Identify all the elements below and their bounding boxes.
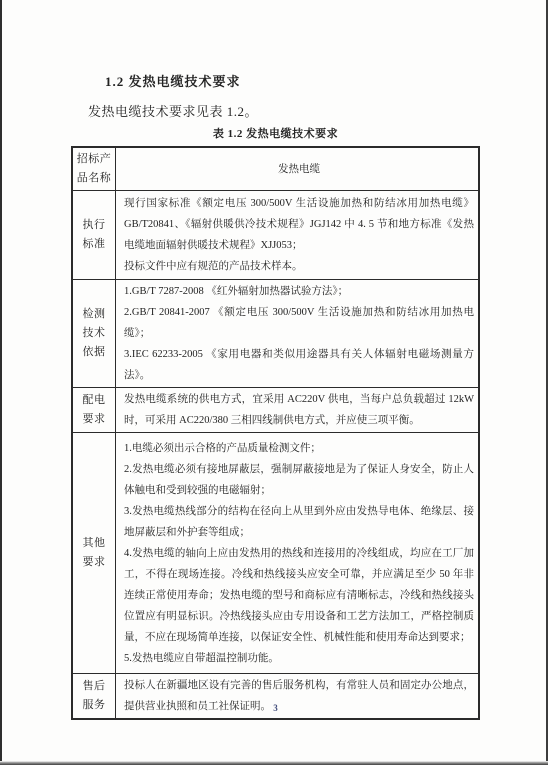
content-paragraph: 3.发热电缆热线部分的结构在径向上从里到外应由发热导电体、绝缘层、接地屏蔽层和外… bbox=[124, 501, 474, 543]
scan-edge-bottom bbox=[0, 761, 548, 765]
label-line: 要求 bbox=[83, 410, 106, 429]
section-heading: 1.2 发热电缆技术要求 bbox=[105, 71, 241, 90]
row-label: 检测 技术 依据 bbox=[73, 280, 116, 387]
table-row: 配电 要求 发热电缆系统的供电方式，宜采用 AC220V 供电，当每户总负载超过… bbox=[73, 387, 478, 432]
label-line: 标准 bbox=[83, 235, 106, 254]
table-row: 其他 要求 1.电缆必须出示合格的产品质量检测文件； 2.发热电缆必须有接地屏蔽… bbox=[73, 432, 478, 673]
content-paragraph: 发热电缆 bbox=[124, 159, 474, 180]
content-paragraph: 2.GB/T 20841-2007 《额定电压 300/500V 生活设施加热和… bbox=[124, 302, 474, 344]
content-paragraph: 1.GB/T 7287-2008 《红外辐射加热器试验方法》； bbox=[124, 281, 474, 302]
content-paragraph: 4.发热电缆的轴向上应由发热用的热线和连接用的冷线组成，均应在工厂加工，不得在现… bbox=[124, 543, 474, 648]
row-content: 1.电缆必须出示合格的产品质量检测文件； 2.发热电缆必须有接地屏蔽层，强制屏蔽… bbox=[116, 433, 478, 673]
label-line: 执行 bbox=[83, 216, 106, 235]
row-content: 发热电缆系统的供电方式，宜采用 AC220V 供电，当每户总负载超过 12kW … bbox=[116, 388, 478, 432]
page-number: 3 bbox=[71, 703, 480, 713]
content-paragraph: 2.发热电缆必须有接地屏蔽层，强制屏蔽接地是为了保证人身安全，防止人体触电和受到… bbox=[124, 459, 474, 501]
table-row: 检测 技术 依据 1.GB/T 7287-2008 《红外辐射加热器试验方法》；… bbox=[73, 279, 478, 387]
row-label: 配电 要求 bbox=[73, 388, 116, 432]
row-label: 执行 标准 bbox=[73, 191, 116, 279]
label-line: 技术 bbox=[83, 324, 106, 343]
content-paragraph: 发热电缆系统的供电方式，宜采用 AC220V 供电，当每户总负载超过 12kW … bbox=[124, 389, 474, 431]
document-page: 1.2 发热电缆技术要求 发热电缆技术要求见表 1.2。 表 1.2 发热电缆技… bbox=[0, 0, 548, 765]
content-paragraph: 1.电缆必须出示合格的产品质量检测文件； bbox=[124, 438, 474, 459]
scan-edge-left bbox=[0, 0, 2, 765]
content-paragraph: 5.发热电缆应自带超温控制功能。 bbox=[124, 648, 474, 669]
content-paragraph: 3.IEC 62233-2005 《家用电器和类似用途器具有关人体辐射电磁场测量… bbox=[124, 344, 474, 386]
table-row: 执行 标准 现行国家标准《额定电压 300/500V 生活设施加热和防结冰用加热… bbox=[73, 190, 478, 279]
row-content: 1.GB/T 7287-2008 《红外辐射加热器试验方法》； 2.GB/T 2… bbox=[116, 280, 478, 387]
intro-paragraph: 发热电缆技术要求见表 1.2。 bbox=[88, 101, 258, 120]
table-row: 招标产 品名称 发热电缆 bbox=[73, 148, 478, 190]
table-caption: 表 1.2 发热电缆技术要求 bbox=[71, 125, 480, 141]
row-label: 其他 要求 bbox=[73, 433, 116, 673]
row-content: 发热电缆 bbox=[116, 148, 478, 190]
row-label: 招标产 品名称 bbox=[73, 148, 116, 190]
label-line: 依据 bbox=[83, 343, 106, 362]
content-paragraph: 现行国家标准《额定电压 300/500V 生活设施加热和防结冰用加热电缆》GB/… bbox=[124, 193, 474, 256]
label-line: 要求 bbox=[83, 553, 106, 572]
spec-table: 招标产 品名称 发热电缆 执行 标准 现行国家标准《额定电压 300/500V … bbox=[71, 146, 480, 720]
label-line: 售后 bbox=[83, 677, 106, 696]
content-paragraph: 投标文件中应有规范的产品技术样本。 bbox=[124, 256, 474, 277]
label-line: 招标产 bbox=[77, 150, 112, 169]
label-line: 品名称 bbox=[77, 169, 112, 188]
label-line: 其他 bbox=[83, 534, 106, 553]
row-content: 现行国家标准《额定电压 300/500V 生活设施加热和防结冰用加热电缆》GB/… bbox=[116, 191, 478, 279]
label-line: 检测 bbox=[83, 305, 106, 324]
label-line: 配电 bbox=[83, 391, 106, 410]
